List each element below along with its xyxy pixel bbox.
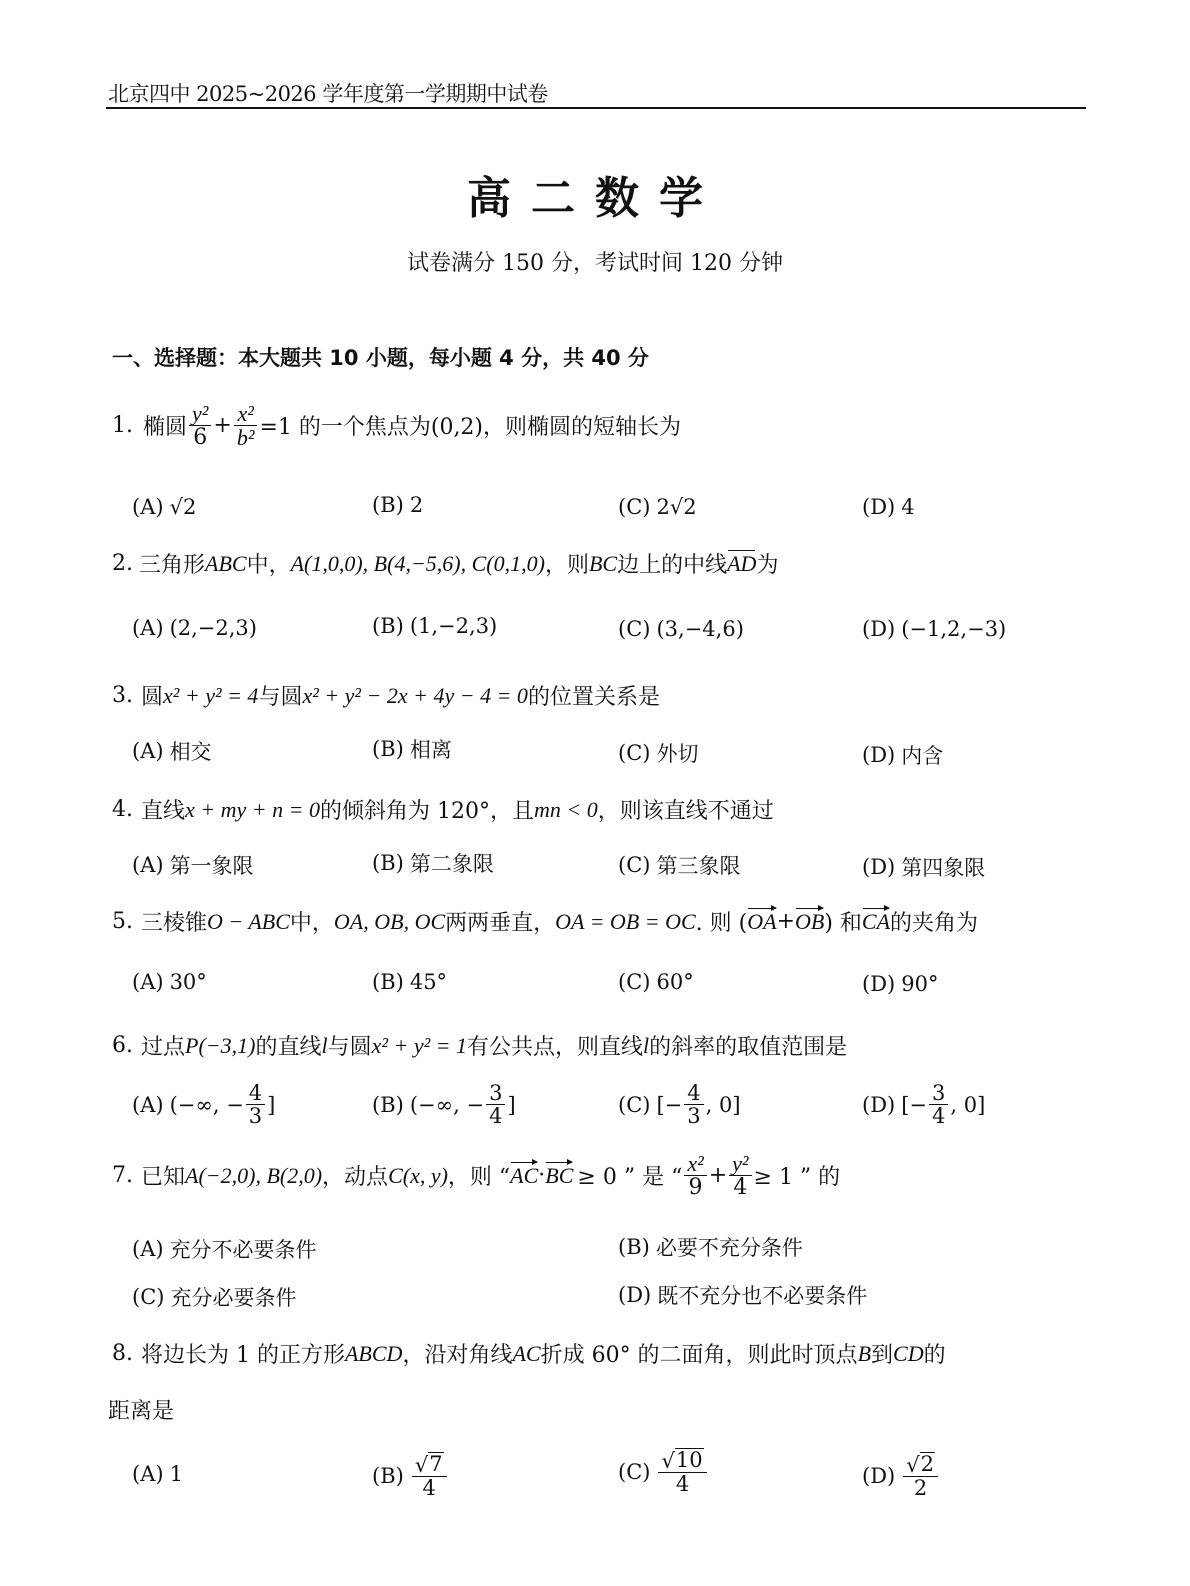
radicand: 7 (428, 1452, 443, 1476)
fraction-denominator: b² (234, 426, 258, 449)
header-divider (106, 107, 1086, 109)
page-title: 高二数学 (0, 162, 1190, 226)
option-value: 内含 (901, 740, 943, 770)
question-text: 的倾斜角为 120°，且 (320, 794, 534, 825)
option-a[interactable]: (A)相交 (132, 736, 212, 766)
math-expression: B (858, 1341, 871, 1367)
fraction: x² b² (234, 402, 258, 449)
question-number: 2. (112, 551, 133, 576)
math-expression: O − ABC (207, 909, 290, 935)
dot-operator: · (538, 1163, 545, 1188)
option-label: (C) (618, 741, 650, 765)
option-b[interactable]: (B)第二象限 (372, 848, 494, 878)
option-label: (A) (132, 495, 164, 519)
math-expression: mn < 0 (534, 797, 598, 823)
option-value: 45° (410, 970, 447, 994)
option-value: ] (267, 1093, 275, 1117)
fraction-numerator: 4 (684, 1082, 703, 1105)
option-b[interactable]: (B) (−∞, − 34 ] (372, 1082, 516, 1127)
option-a[interactable]: (A)1 (132, 1462, 183, 1486)
vector-oa: OA (747, 909, 776, 935)
option-label: (A) (132, 853, 164, 877)
math-expression: ABC (205, 551, 247, 577)
option-value: 4 (901, 495, 914, 519)
option-label: (D) (618, 1283, 651, 1307)
question-number: 4. (112, 797, 133, 822)
sqrt-symbol: √7 (415, 1452, 444, 1476)
option-label: (D) (862, 972, 895, 996)
fraction-numerator: 3 (486, 1082, 505, 1105)
question-text: 距离是 (108, 1394, 174, 1425)
math-expression: C(x, y) (388, 1163, 448, 1189)
option-b[interactable]: (B)必要不充分条件 (618, 1232, 803, 1262)
math-expression: BC (589, 551, 617, 577)
option-b[interactable]: (B) √7 4 (372, 1452, 449, 1499)
fraction-denominator: 3 (684, 1105, 703, 1127)
option-value: 1 (170, 1462, 183, 1486)
question-text: 将边长为 1 的正方形 (141, 1338, 345, 1369)
option-value: 第二象限 (410, 848, 494, 878)
question-number: 1. (112, 413, 133, 438)
option-value: (3,−4,6) (656, 617, 743, 641)
option-label: (C) (618, 853, 650, 877)
question-3: 3. 圆 x² + y² = 4 与圆 x² + y² − 2x + 4y − … (112, 680, 660, 711)
option-value: 第一象限 (170, 850, 254, 880)
option-d[interactable]: (D)(−1,2,−3) (862, 617, 1006, 641)
fraction-denominator: 4 (420, 1477, 439, 1499)
vector-ac: AC (510, 1163, 538, 1189)
option-value: √2 (170, 495, 197, 519)
fraction-numerator: y² (189, 402, 211, 426)
option-c[interactable]: (C)60° (618, 970, 694, 994)
question-4: 4. 直线 x + my + n = 0 的倾斜角为 120°，且 mn < 0… (112, 794, 774, 825)
fraction-denominator: 4 (730, 1176, 750, 1199)
option-label: (A) (132, 616, 164, 640)
option-value: , 0] (950, 1093, 985, 1117)
math-expression: P(−3,1) (185, 1033, 255, 1059)
fraction-numerator: x² (684, 1152, 706, 1176)
plus-sign: + (777, 909, 795, 934)
option-value: 充分不必要条件 (170, 1234, 317, 1264)
option-value: (−∞, − (410, 1093, 484, 1117)
option-a[interactable]: (A)30° (132, 970, 207, 994)
question-text: ≥ 1 ” 的 (754, 1160, 841, 1191)
fraction: 43 (246, 1082, 265, 1127)
fraction-denominator: 6 (190, 426, 210, 449)
question-text: 的夹角为 (890, 906, 978, 937)
question-text: 过点 (141, 1030, 185, 1061)
option-label: (D) (862, 855, 895, 879)
option-a[interactable]: (A)第一象限 (132, 850, 254, 880)
question-text: ) 和 (824, 906, 862, 937)
question-text: . 则 ( (696, 906, 748, 937)
option-label: (A) (132, 1093, 164, 1117)
fraction: x² 9 (684, 1152, 706, 1199)
question-text: 三棱锥 (141, 906, 207, 937)
option-d[interactable]: (D)4 (862, 495, 915, 519)
question-number: 6. (112, 1033, 133, 1058)
option-value: 外切 (656, 738, 698, 768)
option-value: 30° (170, 970, 207, 994)
fraction-denominator: 4 (929, 1105, 948, 1127)
question-1: 1. 椭圆 y² 6 + x² b² =1 的一个焦点为(0,2)，则椭圆的短轴… (112, 402, 681, 449)
option-a[interactable]: (A)√2 (132, 495, 196, 519)
sqrt-symbol: √2 (906, 1452, 935, 1476)
exam-header: 北京四中 2025~2026 学年度第一学期期中试卷 (108, 78, 1086, 108)
option-value: 第三象限 (656, 850, 740, 880)
question-number: 8. (112, 1341, 133, 1366)
fraction-numerator: √10 (658, 1448, 706, 1473)
question-text: 三角形 (139, 548, 205, 579)
option-value: (1,−2,3) (410, 614, 497, 638)
option-label: (D) (862, 743, 895, 767)
option-label: (D) (862, 495, 895, 519)
question-text: 椭圆 (143, 410, 187, 441)
fraction-numerator: x² (234, 402, 256, 426)
math-expression: OA = OB = OC (555, 909, 696, 935)
question-text: 为 (756, 548, 778, 579)
fraction: 34 (929, 1082, 948, 1127)
fraction-denominator: 3 (246, 1105, 265, 1127)
question-number: 7. (112, 1163, 133, 1188)
fraction: 34 (486, 1082, 505, 1127)
question-text: 两两垂直， (445, 906, 555, 937)
option-b[interactable]: (B)相离 (372, 734, 452, 764)
fraction: √10 4 (658, 1448, 706, 1495)
option-b[interactable]: (B)45° (372, 970, 447, 994)
option-c[interactable]: (C)2√2 (618, 495, 697, 519)
option-c[interactable]: (C)外切 (618, 738, 698, 768)
fraction-numerator: 4 (246, 1082, 265, 1105)
option-value: 2 (410, 493, 423, 517)
option-label: (A) (132, 739, 164, 763)
math-expression: x + my + n = 0 (185, 797, 320, 823)
math-expression: OA, OB, OC (334, 909, 445, 935)
question-text: ，动点 (322, 1160, 388, 1191)
option-b[interactable]: (B)2 (372, 493, 423, 517)
question-text: 的 (924, 1338, 946, 1369)
option-b[interactable]: (B)(1,−2,3) (372, 614, 497, 638)
option-c[interactable]: (C) [− 43 , 0] (618, 1082, 741, 1127)
option-label: (B) (372, 1093, 404, 1117)
option-d[interactable]: (D)90° (862, 972, 938, 996)
fraction: 43 (684, 1082, 703, 1127)
fraction-numerator: √2 (903, 1452, 938, 1477)
option-label: (C) (618, 970, 650, 994)
fraction-denominator: 4 (486, 1105, 505, 1127)
question-text: 与圆 (328, 1030, 372, 1061)
fraction-denominator: 9 (686, 1176, 706, 1199)
option-value: 相交 (170, 736, 212, 766)
option-value: [− (656, 1093, 682, 1117)
option-value: 相离 (410, 734, 452, 764)
option-label: (A) (132, 1462, 164, 1486)
option-value: ] (507, 1093, 515, 1117)
math-expression: A(1,0,0), B(4,−5,6), C(0,1,0) (291, 551, 545, 577)
question-2: 2. 三角形 ABC 中， A(1,0,0), B(4,−5,6), C(0,1… (112, 548, 778, 579)
question-text: ，沿对角线 (402, 1338, 512, 1369)
option-value: (−1,2,−3) (901, 617, 1006, 641)
question-text: 中， (247, 548, 291, 579)
option-label: (C) (618, 1093, 650, 1117)
option-a[interactable]: (A) (−∞, − 43 ] (132, 1082, 275, 1127)
question-text: ，则 (545, 548, 589, 579)
option-value: 必要不充分条件 (656, 1232, 803, 1262)
option-value: 第四象限 (901, 852, 985, 882)
option-d[interactable]: (D) [− 34 , 0] (862, 1082, 985, 1127)
option-label: (B) (372, 1464, 404, 1488)
fraction-numerator: 3 (929, 1082, 948, 1105)
plus-sign: + (213, 413, 231, 438)
fraction: y² 6 (189, 402, 211, 449)
section-heading: 一、选择题：本大题共 10 小题，每小题 4 分，共 40 分 (112, 342, 649, 372)
option-label: (B) (618, 1235, 650, 1259)
option-label: (B) (372, 493, 404, 517)
math-expression: AC (512, 1341, 540, 1367)
question-text: 折成 60° 的二面角，则此时顶点 (541, 1338, 858, 1369)
option-label: (A) (132, 1237, 164, 1261)
option-value: 90° (901, 972, 938, 996)
option-label: (C) (618, 1460, 650, 1484)
option-d[interactable]: (D)既不充分也不必要条件 (618, 1280, 867, 1310)
math-expression: A(−2,0), B(2,0) (185, 1163, 322, 1189)
option-c[interactable]: (C)充分必要条件 (132, 1282, 296, 1312)
fraction-denominator: 4 (673, 1473, 692, 1495)
option-label: (D) (862, 1093, 895, 1117)
option-c[interactable]: (C) √10 4 (618, 1448, 709, 1495)
option-label: (B) (372, 851, 404, 875)
option-value: 既不充分也不必要条件 (657, 1280, 867, 1310)
option-label: (A) (132, 970, 164, 994)
option-label: (D) (862, 1464, 895, 1488)
option-d[interactable]: (D) √2 2 (862, 1452, 940, 1499)
question-5: 5. 三棱锥 O − ABC 中， OA, OB, OC 两两垂直， OA = … (112, 906, 978, 937)
vector-bc: BC (545, 1163, 573, 1189)
sqrt-symbol: √10 (661, 1448, 703, 1472)
question-text: 有公共点，则直线 (467, 1030, 643, 1061)
math-expression: ABCD (345, 1341, 402, 1367)
radicand: 2 (920, 1452, 935, 1476)
option-value: 2√2 (656, 495, 696, 519)
vector-ob: OB (795, 909, 824, 935)
question-text: 的位置关系是 (528, 680, 660, 711)
fraction-numerator: √7 (412, 1452, 447, 1477)
math-expression: CD (893, 1341, 924, 1367)
plus-sign: + (709, 1163, 727, 1188)
question-text: ，则该直线不通过 (598, 794, 774, 825)
question-text: 与圆 (258, 680, 302, 711)
question-7: 7. 已知 A(−2,0), B(2,0) ，动点 C(x, y) ，则 “ A… (112, 1152, 840, 1199)
option-label: (D) (862, 617, 895, 641)
question-text: 中， (290, 906, 334, 937)
option-value: , 0] (706, 1093, 741, 1117)
option-value: [− (901, 1093, 927, 1117)
fraction-denominator: 2 (911, 1477, 930, 1499)
option-value: (−∞, − (170, 1093, 244, 1117)
option-label: (C) (132, 1285, 164, 1309)
question-text: ，则 “ (448, 1160, 510, 1191)
option-value: 充分必要条件 (170, 1282, 296, 1312)
question-number: 3. (112, 683, 133, 708)
fraction: √2 2 (903, 1452, 938, 1499)
question-text: 边上的中线 (617, 548, 727, 579)
option-value: (2,−2,3) (170, 616, 257, 640)
math-expression: x² + y² − 2x + 4y − 4 = 0 (302, 683, 527, 709)
option-label: (B) (372, 737, 404, 761)
question-text: 的斜率的取值范围是 (649, 1030, 847, 1061)
fraction: √7 4 (412, 1452, 447, 1499)
vector-ca: CA (862, 909, 890, 935)
question-text: =1 的一个焦点为(0,2)，则椭圆的短轴长为 (259, 410, 681, 441)
math-expression: x² + y² = 4 (163, 683, 258, 709)
exam-subtitle: 试卷满分 150 分，考试时间 120 分钟 (0, 246, 1190, 277)
option-d[interactable]: (D)内含 (862, 740, 943, 770)
option-label: (B) (372, 614, 404, 638)
option-label: (C) (618, 617, 650, 641)
option-d[interactable]: (D)第四象限 (862, 852, 985, 882)
question-text: 已知 (141, 1160, 185, 1191)
option-a[interactable]: (A)(2,−2,3) (132, 616, 257, 640)
question-text: 到 (871, 1338, 893, 1369)
fraction-numerator: y² (729, 1152, 751, 1176)
option-label: (C) (618, 495, 650, 519)
radicand: 10 (675, 1448, 704, 1472)
question-text: 直线 (141, 794, 185, 825)
question-8: 8. 将边长为 1 的正方形 ABCD ，沿对角线 AC 折成 60° 的二面角… (112, 1338, 946, 1369)
option-c[interactable]: (C)(3,−4,6) (618, 617, 744, 641)
math-expression: x² + y² = 1 (372, 1033, 467, 1059)
question-6: 6. 过点 P(−3,1) 的直线 l 与圆 x² + y² = 1 有公共点，… (112, 1030, 847, 1061)
question-number: 5. (112, 909, 133, 934)
vector-ad: AD (727, 551, 756, 577)
option-value: 60° (656, 970, 693, 994)
option-c[interactable]: (C)第三象限 (618, 850, 740, 880)
question-8-continuation: 距离是 (108, 1394, 174, 1425)
option-a[interactable]: (A)充分不必要条件 (132, 1234, 317, 1264)
question-text: 的直线 (255, 1030, 321, 1061)
question-text: ≥ 0 ” 是 “ (577, 1160, 682, 1191)
fraction: y² 4 (729, 1152, 751, 1199)
option-label: (B) (372, 970, 404, 994)
question-text: 圆 (141, 680, 163, 711)
